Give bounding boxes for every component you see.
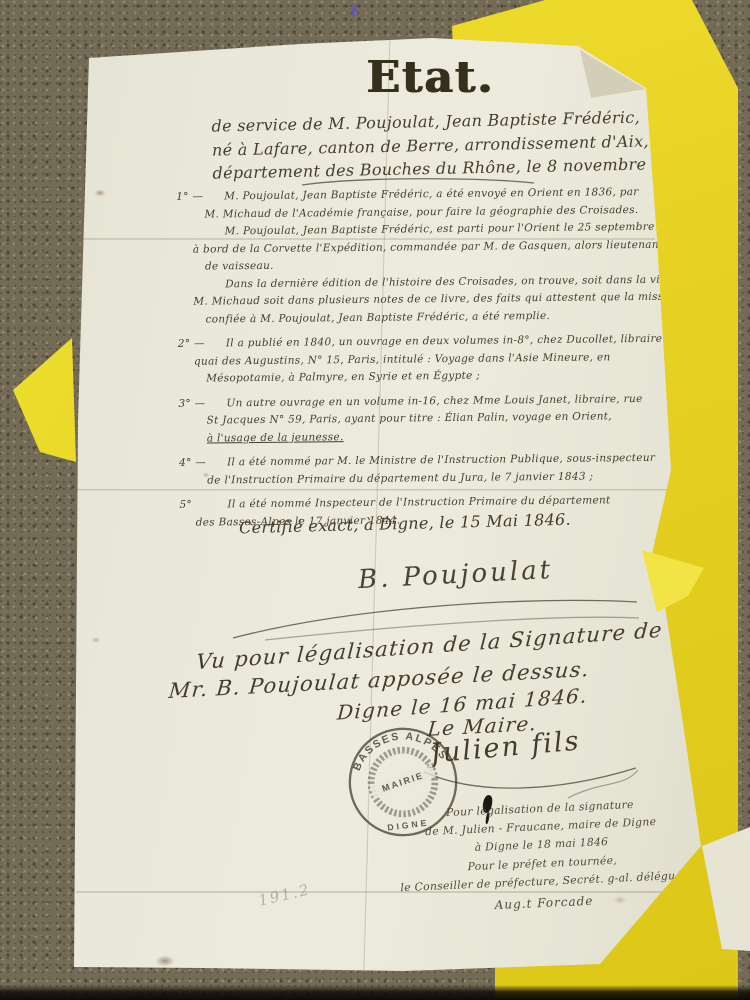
item-3: 3° — Un autre ouvrage en un volume in-16… [228, 390, 669, 447]
item-number: 2° — [178, 336, 205, 354]
prefecture-note: Pour légalisation de la signature de M. … [390, 794, 695, 919]
document-title: Etat. [330, 52, 530, 103]
document: Etat. de service de M. Poujoulat, Jean B… [0, 0, 750, 1000]
item-2: 2° — Il a publié en 1840, un ouvrage en … [228, 331, 669, 388]
item-line: Mésopotamie, à Palmyre, en Syrie et en É… [206, 366, 668, 388]
item-number: 1° — [176, 189, 203, 207]
photo-bottom-shadow [0, 985, 750, 1000]
service-record-items: 1° — M. Poujoulat, Jean Baptiste Frédéri… [226, 184, 670, 539]
item-number: 5° [179, 497, 192, 515]
poujoulat-signature: B. Poujoulat [357, 555, 554, 595]
item-4: 4° — Il a été nommé par M. le Ministre d… [229, 450, 669, 490]
item-1: 1° — M. Poujoulat, Jean Baptiste Frédéri… [226, 184, 667, 329]
photo-of-document: Etat. de service de M. Poujoulat, Jean B… [0, 0, 750, 1000]
pencil-annotation: 191.2 [257, 880, 313, 909]
item-number: 3° — [178, 395, 205, 413]
item-number: 4° — [179, 455, 206, 473]
